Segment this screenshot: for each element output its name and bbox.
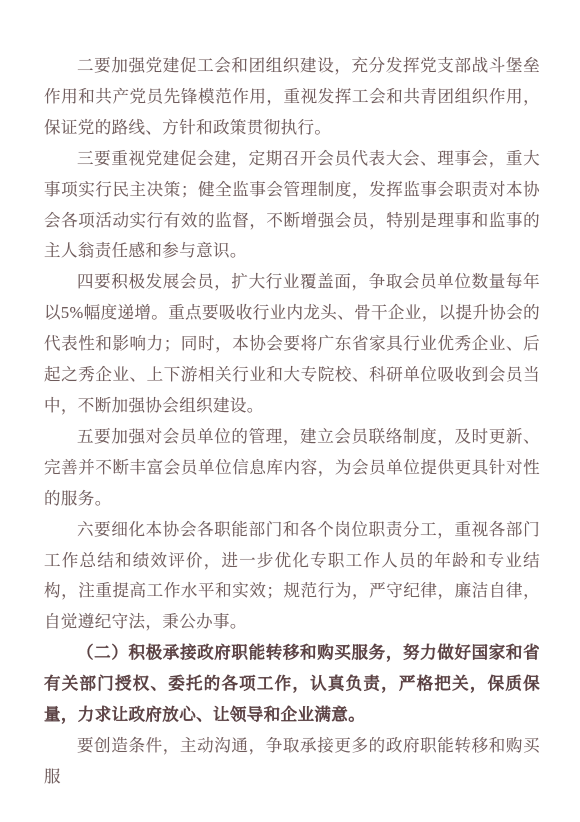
document-body: 二要加强党建促工会和团组织建设，充分发挥党支部战斗堡垒作用和共产党员先锋模范作用… xyxy=(44,51,540,793)
paragraph-create-conditions: 要创造条件，主动沟通，争取承接更多的政府职能转移和购买服 xyxy=(44,731,540,793)
paragraph-department-duties: 六要细化本协会各职能部门和各个岗位职责分工，重视各部门工作总结和绩效评价，进一步… xyxy=(44,515,540,639)
paragraph-member-unit-management: 五要加强对会员单位的管理，建立会员联络制度，及时更新、完善并不断丰富会员单位信息… xyxy=(44,422,540,515)
paragraph-heading-government-functions: （二）积极承接政府职能转移和购买服务，努力做好国家和省有关部门授权、委托的各项工… xyxy=(44,638,540,731)
paragraph-party-union-building: 二要加强党建促工会和团组织建设，充分发挥党支部战斗堡垒作用和共产党员先锋模范作用… xyxy=(44,51,540,144)
paragraph-member-congress-supervision: 三要重视党建促会建，定期召开会员代表大会、理事会，重大事项实行民主决策；健全监事… xyxy=(44,144,540,268)
paragraph-member-development: 四要积极发展会员，扩大行业覆盖面，争取会员单位数量每年以5%幅度递增。重点要吸收… xyxy=(44,267,540,422)
document-page: 二要加强党建促工会和团组织建设，充分发挥党支部战斗堡垒作用和共产党员先锋模范作用… xyxy=(0,0,580,822)
